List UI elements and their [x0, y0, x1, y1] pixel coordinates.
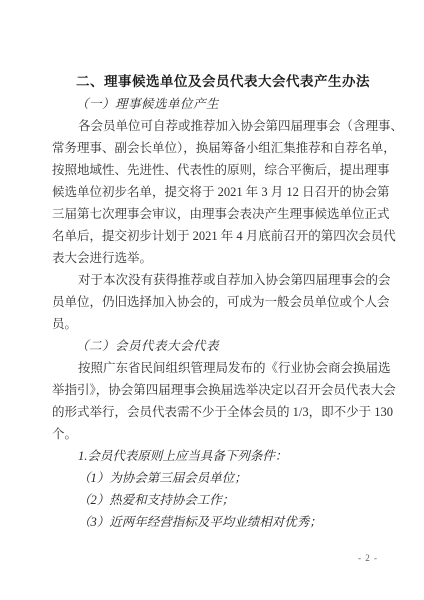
text-line: 名单后，提交初步计划于 2021 年 4 月底前召开的第四次会员代: [52, 225, 382, 247]
document-lines: 二、理事候选单位及会员代表大会代表产生办法（一）理事候选单位产生各会员单位可自荐…: [52, 71, 382, 533]
text-line: 员单位，仍旧选择加入协会的，可成为一般会员单位或个人会: [52, 291, 382, 313]
text-line: 表大会进行选举。: [52, 247, 382, 269]
document-page: 二、理事候选单位及会员代表大会代表产生办法（一）理事候选单位产生各会员单位可自荐…: [0, 0, 424, 600]
text-line: （2）热爱和支持协会工作；: [52, 489, 382, 511]
text-line: 按照广东省民间组织管理局发布的《行业协会商会换届选: [52, 357, 382, 379]
text-line: （一）理事候选单位产生: [52, 93, 382, 115]
text-line: 举指引》，协会第四届理事会换届选举决定以召开会员代表大会: [52, 379, 382, 401]
text-line: 的形式举行，会员代表需不少于全体会员的 1/3，即不少于 130: [52, 401, 382, 423]
text-line: 二、理事候选单位及会员代表大会代表产生办法: [52, 71, 382, 93]
text-line: （二）会员代表大会代表: [52, 335, 382, 357]
text-line: 按照地域性、先进性、代表性的原则，综合平衡后，提出理事: [52, 159, 382, 181]
text-line: 候选单位初步名单，提交将于 2021 年 3 月 12 日召开的协会第: [52, 181, 382, 203]
text-line: 各会员单位可自荐或推荐加入协会第四届理事会（含理事、: [52, 115, 382, 137]
text-line: 员。: [52, 313, 382, 335]
text-line: 常务理事、副会长单位），换届筹备小组汇集推荐和自荐名单，: [52, 137, 382, 159]
text-line: （3）近两年经营指标及平均业绩相对优秀；: [52, 511, 382, 533]
text-line: 对于本次没有获得推荐或自荐加入协会第四届理事会的会: [52, 269, 382, 291]
text-line: 1.会员代表原则上应当具备下列条件：: [52, 445, 382, 467]
text-line: 三届第七次理事会审议，由理事会表决产生理事候选单位正式: [52, 203, 382, 225]
text-line: 个。: [52, 423, 382, 445]
page-number: - 2 -: [358, 551, 378, 565]
text-line: （1）为协会第三届会员单位；: [52, 467, 382, 489]
